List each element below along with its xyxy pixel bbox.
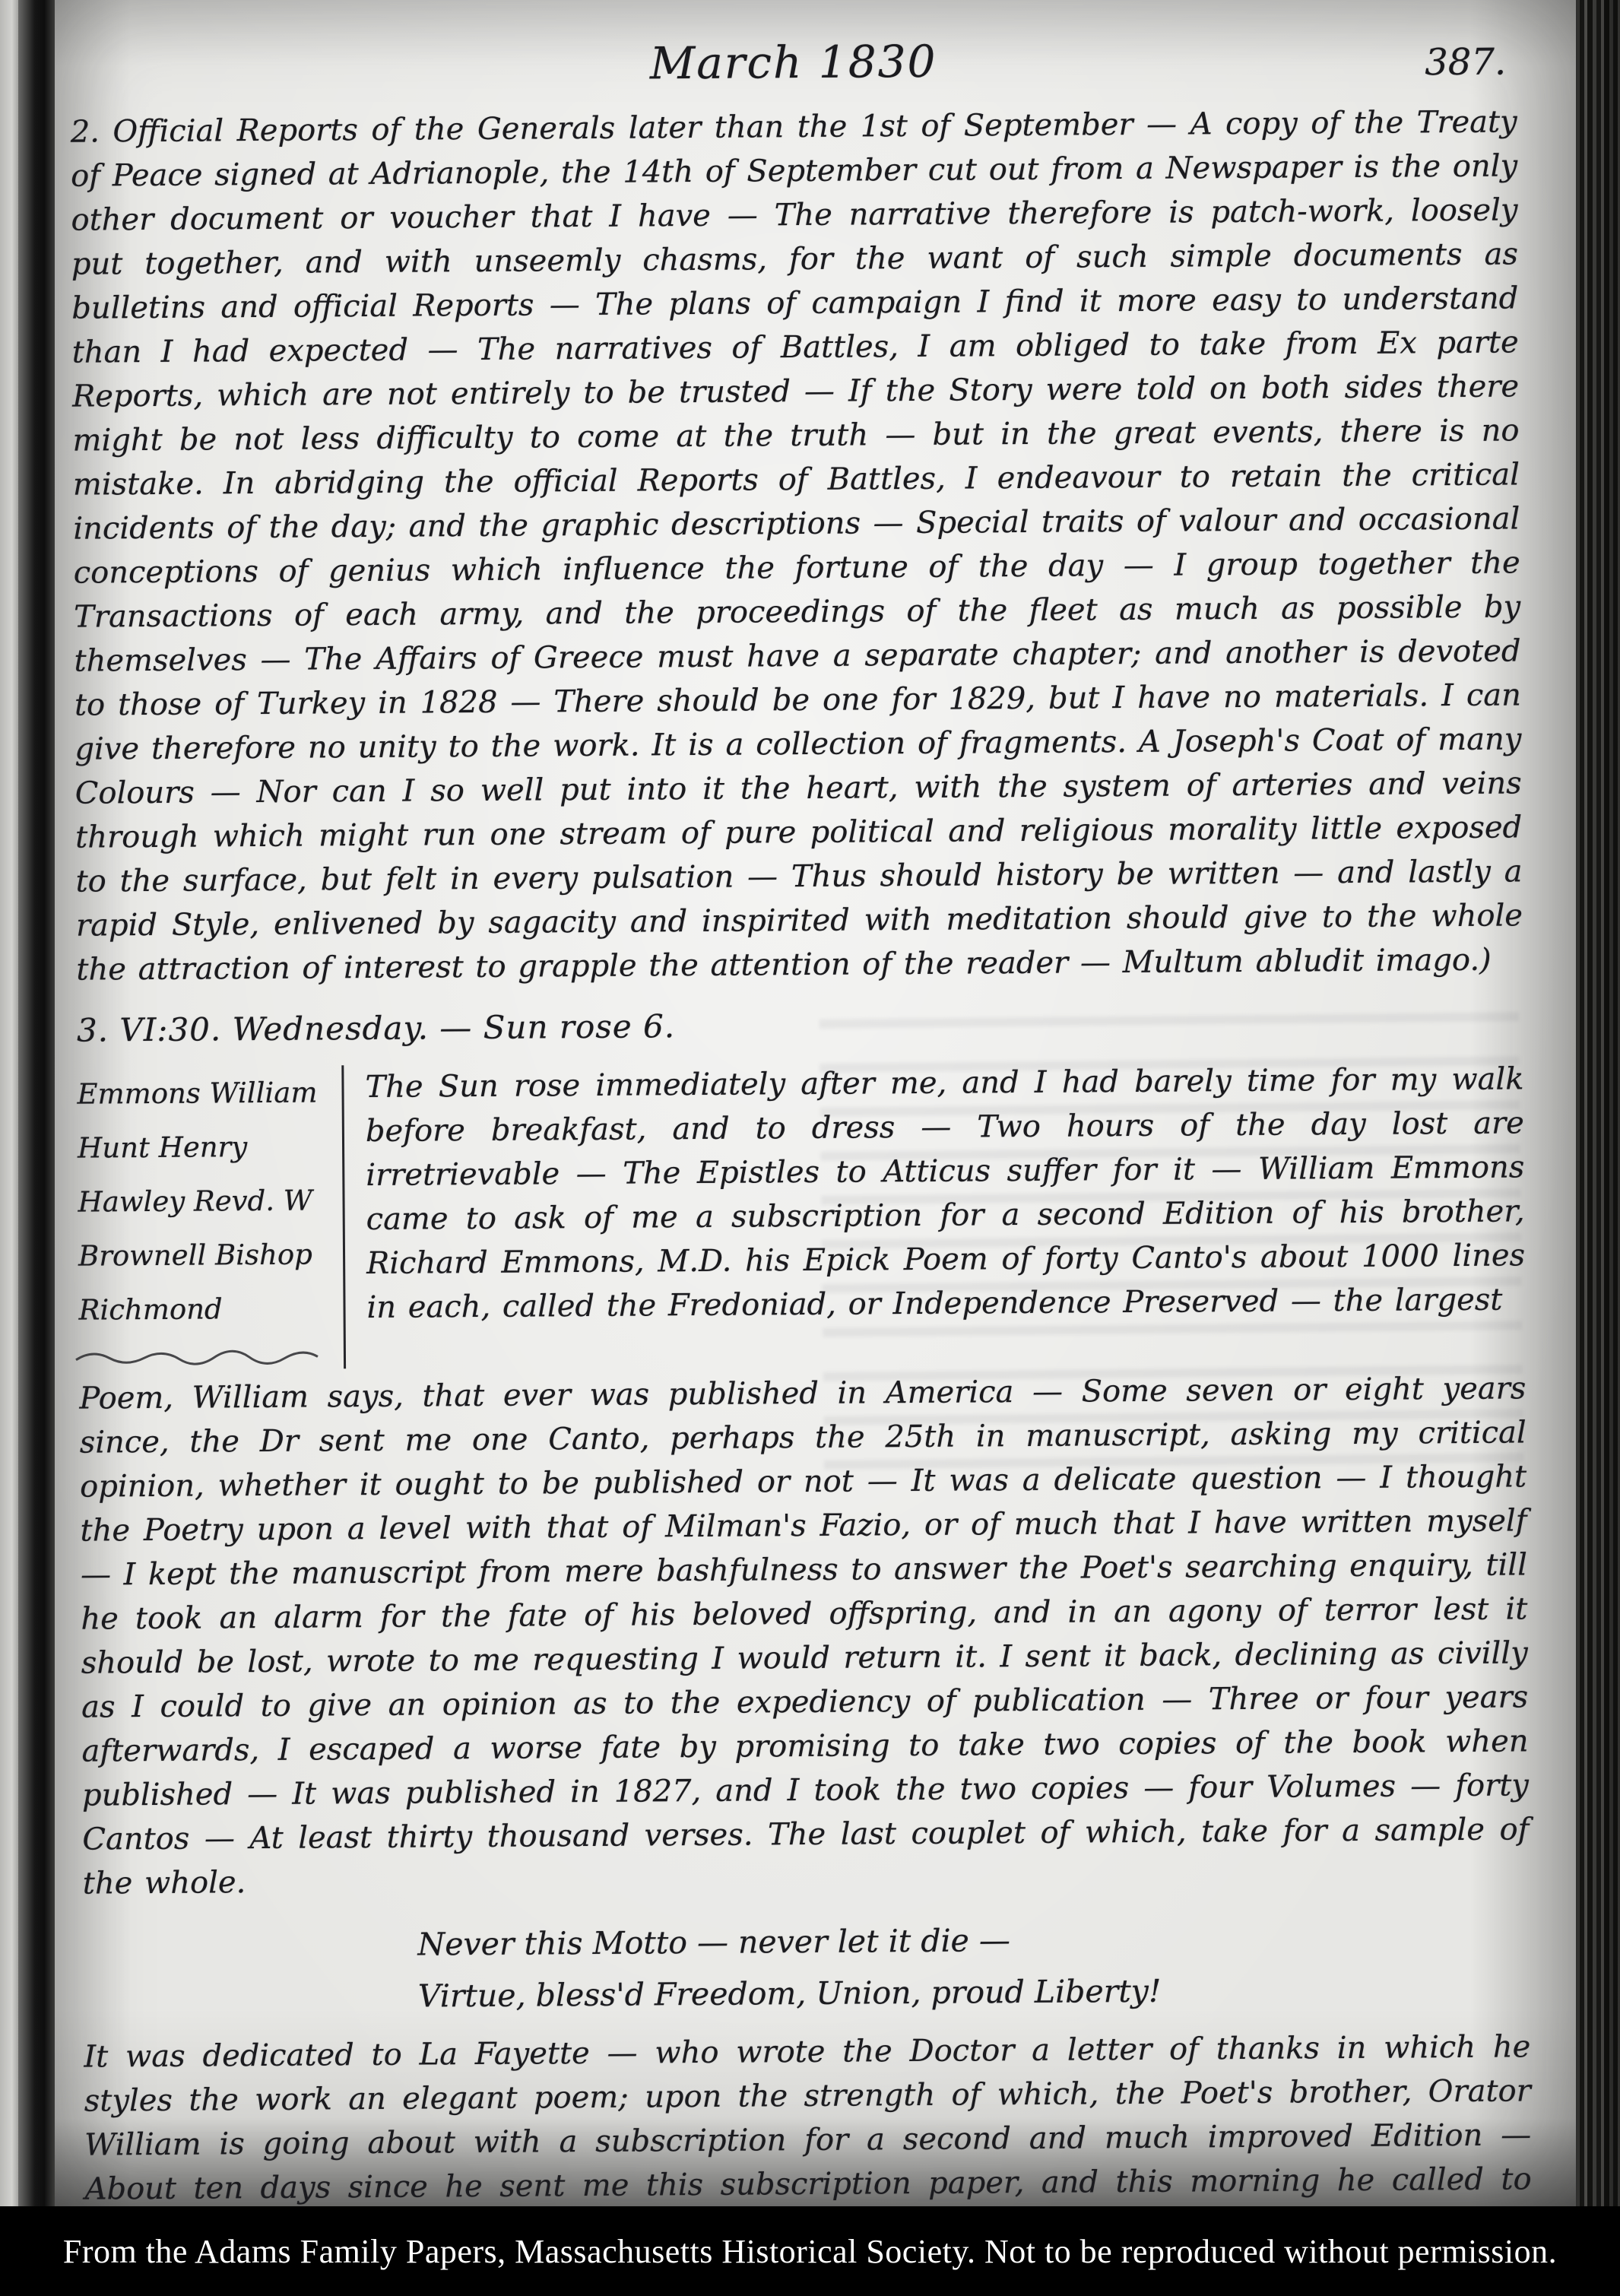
page-content: March 1830 387. 2. Official Reports of t… [70,21,1532,2255]
diary-page: March 1830 387. 2. Official Reports of t… [55,0,1576,2206]
left-page-edge [0,0,20,2206]
visitor-name: Emmons William [77,1065,328,1121]
visitor-name: Hunt Henry [78,1119,328,1175]
diary-entry-2-text: 2. Official Reports of the Generals late… [71,100,1523,991]
manuscript-scan: March 1830 387. 2. Official Reports of t… [0,0,1620,2296]
visitor-name: Hawley Revd. W [78,1173,328,1229]
right-page-edge [1576,0,1620,2206]
visitor-name: Brownell Bishop [78,1227,329,1283]
header-date: March 1830 [70,21,1517,93]
names-underline-squiggle [73,1346,324,1367]
page-header: March 1830 387. [70,21,1517,109]
visitor-names-list: Emmons William Hunt Henry Hawley Revd. W… [77,1065,330,1370]
page-number: 387. [1425,41,1506,84]
entry-3-margin-row: Emmons William Hunt Henry Hawley Revd. W… [77,1057,1526,1370]
entry-3-heading: 3. VI:30. Wednesday. — Sun rose 6. [77,1001,1523,1048]
footer-credit-text: From the Adams Family Papers, Massachuse… [63,2232,1557,2271]
footer-credit-bar: From the Adams Family Papers, Massachuse… [0,2206,1620,2296]
entry-3-body: The Sun rose immediately after me, and I… [341,1057,1526,1368]
entry-3-continued: Poem, William says, that ever was publis… [79,1366,1530,1905]
fredoniad-couplet: Never this Motto — never let it die — Vi… [417,1911,1530,2022]
visitor-name: Richmond [78,1281,329,1337]
couplet-line-2: Virtue, bless'd Freedom, Union, proud Li… [418,1962,1530,2022]
couplet-line-1: Never this Motto — never let it die — [417,1911,1530,1970]
